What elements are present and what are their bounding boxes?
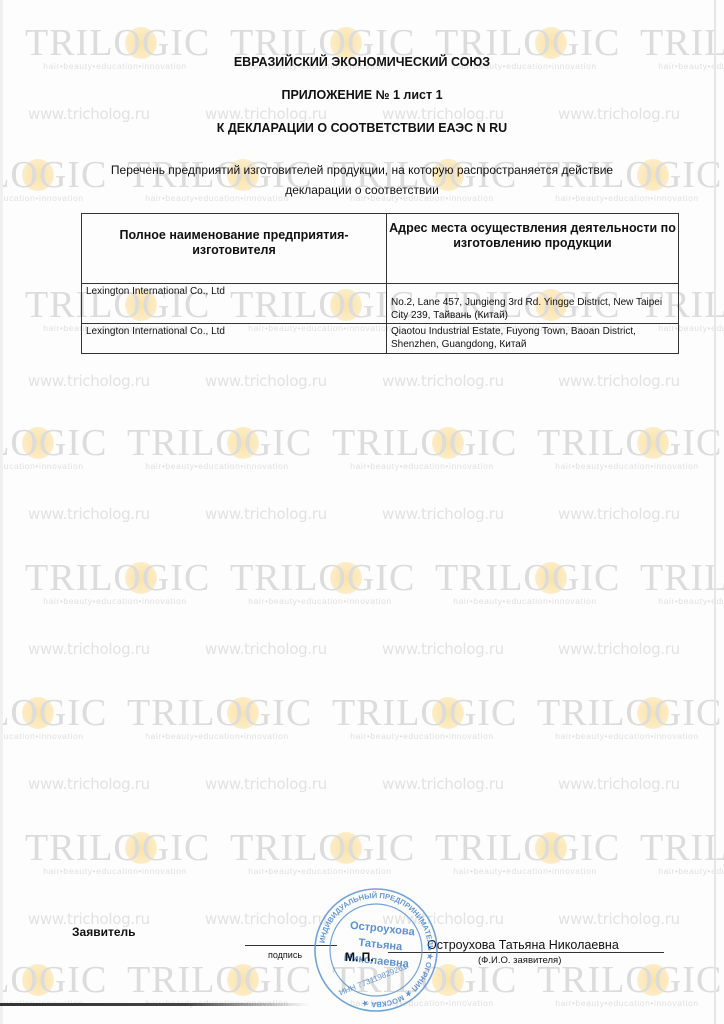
intro-line-1: Перечень предприятий изготовителей проду… [0,163,724,177]
intro-line-2: декларации о соответствии [0,183,724,197]
seal-stamp: ИНДИВИДУАЛЬНЫЙ ПРЕДПРИНИМАТЕЛЬ ★ ОГРНИП … [312,886,440,1014]
header-manufacturer-name: Полное наименование предприятия-изготови… [82,214,387,284]
table-row: Lexington International Co., Ltd Qiaotou… [82,324,679,354]
applicant-label: Заявитель [72,925,136,939]
seal-caption: М. П. [345,950,374,964]
title-appendix: ПРИЛОЖЕНИЕ № 1 лист 1 [0,88,724,102]
svg-text:Остроухова: Остроухова [349,920,416,939]
cell-name: Lexington International Co., Ltd [82,324,387,354]
cell-address: Qiaotou Industrial Estate, Fuyong Town, … [387,324,679,354]
header-manufacturer-address: Адрес места осуществления деятельности п… [387,214,679,284]
manufacturers-table: Полное наименование предприятия-изготови… [81,213,679,354]
cell-name: Lexington International Co., Ltd [82,284,387,324]
svg-text:ИНН 773119829261: ИНН 773119829261 [338,962,409,998]
table-row: Lexington International Co., Ltd No.2, L… [82,284,679,324]
cell-address: No.2, Lane 457, Jungieng 3rd Rd. Yingge … [387,284,679,324]
scan-bottom-line [0,1003,310,1006]
signature-caption: подпись [268,950,302,960]
applicant-name: Остроухова Татьяна Николаевна [427,938,619,952]
table-header-row: Полное наименование предприятия-изготови… [82,214,679,284]
name-caption: (Ф.И.О. заявителя) [478,955,561,966]
title-declaration: К ДЕКЛАРАЦИИ О СООТВЕТСТВИИ ЕАЭС N RU [0,121,724,135]
title-union: ЕВРАЗИЙСКИЙ ЭКОНОМИЧЕСКИЙ СОЮЗ [0,55,724,69]
document-page: ЕВРАЗИЙСКИЙ ЭКОНОМИЧЕСКИЙ СОЮЗ ПРИЛОЖЕНИ… [0,0,724,1024]
